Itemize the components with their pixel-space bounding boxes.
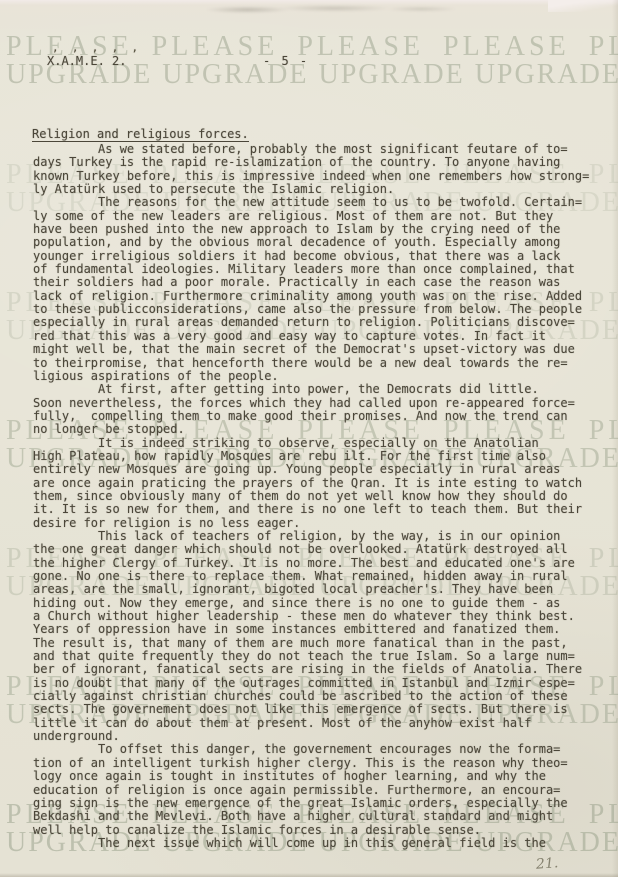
section-title: Religion and religious forces. [32,128,249,142]
typed-line: to theirpromise, that henceforth there w… [33,357,603,370]
handwritten-page-note: 21. [535,855,558,873]
typed-line: Bekdashi and the Mevlevi. Both have a hi… [33,810,603,823]
typed-line: might well be, that the main secret of t… [33,343,603,356]
typed-line: To offset this danger, the governement e… [33,743,603,756]
typed-line: the one great danger which should not be… [33,543,603,556]
typed-line: At first, after getting into power, the … [33,383,603,396]
typed-line: education of religion is once again perm… [33,784,603,797]
typed-line: logy once again is tought in institutes … [33,770,603,783]
body-text: As we stated before, probably the most s… [33,143,603,850]
typed-line: it. It is so new for them, and there is … [33,503,603,516]
typed-line: population, and by the obvious moral dec… [33,236,603,249]
typed-line: sects. The governement does not like thi… [33,703,603,716]
typed-stray-marks: , , , , , [52,41,138,54]
scanned-document-page: PLEASE PLEASE PLEASE PLEASE PLEASEUPGRAD… [0,0,618,877]
typed-line: It is indeed striking to observe, especi… [33,437,603,450]
typed-line: desire for religion is no less eager. [33,517,603,530]
typed-line: areas, are the small, ignorant, bigoted … [33,583,603,596]
typed-line: well help to canalize the Islamic forces… [33,824,603,837]
typed-text-layer: , , , , , X.A.M.E. 2. - 5 - Religion and… [0,0,618,877]
document-reference: X.A.M.E. 2. [47,55,126,68]
page-number: - 5 - [263,55,309,68]
typed-line: Soon nevertheless, the forces which they… [33,397,603,410]
typed-line: no longer be stopped. [33,423,603,436]
typed-line: ber of ignorant, fanatical sects are ris… [33,663,603,676]
typed-line: are once again praticing the prayers of … [33,477,603,490]
typed-line: entirely new Mosques are going up. Young… [33,463,603,476]
typed-line: especially in rural areas demanded retur… [33,316,603,329]
typed-line: The reasons for the new attitude seem to… [33,196,603,209]
typed-line: days Turkey is the rapid re-islamization… [33,156,603,169]
typed-line: their soldiers had a poor morale. Practi… [33,276,603,289]
typed-line: Years of oppression have in some instanc… [33,623,603,636]
typed-line: the higher Clergy of Turkey. It is no mo… [33,557,603,570]
typed-line: The next issue which will come up in thi… [33,837,603,850]
